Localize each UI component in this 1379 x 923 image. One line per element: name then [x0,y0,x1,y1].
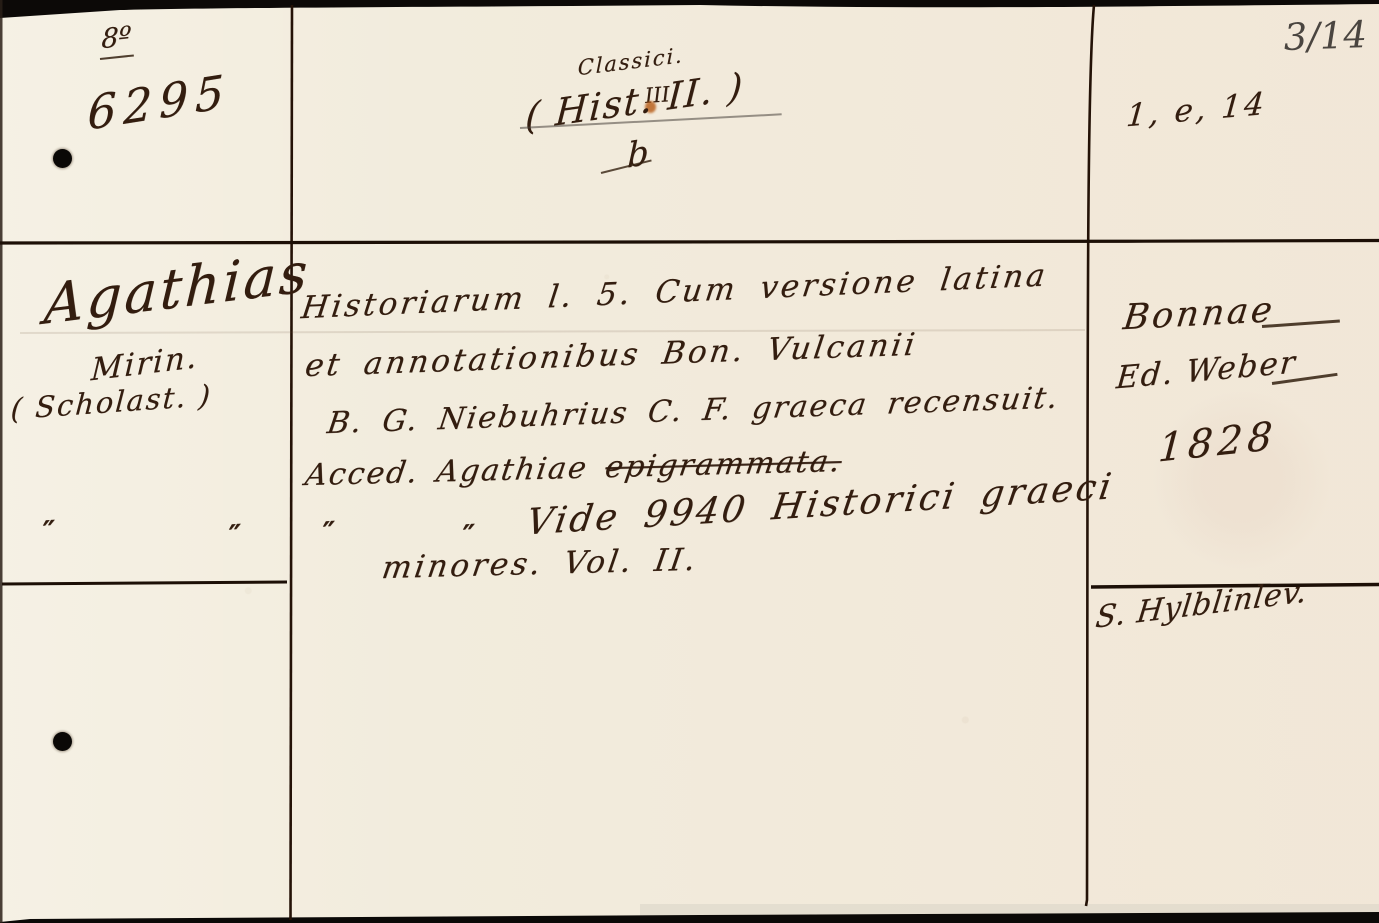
location-mark: 1, e, 14 [1125,86,1269,135]
punch-hole-bottom [53,732,72,751]
faint-guide-line [20,330,1085,333]
title-line-3: B. G. Niebuhrius C. F. graeca recensuit. [325,380,1062,441]
catalog-card: 8º 6295 Classici. III. ( Hist. II. ) b 3… [0,0,1379,923]
divider-horizontal-top [0,241,1379,244]
title-line-1: Historiarum l. 5. Cum versione latina [299,257,1050,326]
title-line-4-struck-word: epigrammata. [603,444,844,485]
ditto-title-1: ″ [322,515,338,549]
pencil-number: 3/14 [1283,13,1368,59]
classification-subclass: ( Hist. II. ) [524,64,746,139]
scan-edge-bottom [0,912,1379,923]
ditto-author-1: ″ [42,514,58,548]
author-name: Agathias [43,239,312,337]
title-line-4: Acced. Agathiae epigrammata. [303,444,845,493]
divider-vertical-left [291,5,293,920]
ditto-author-2: ″ [228,518,244,552]
shelfmark: 6295 [87,63,231,141]
author-qualifier: ( Scholast. ) [10,378,214,426]
title-line-2: et annotationibus Bon. Vulcanii [303,327,920,385]
punch-hole-top [53,149,72,168]
cataloger-signature: S. Hylblinlev. [1094,574,1310,636]
classification-subdivision: b [627,132,650,177]
divider-vertical-right [1086,5,1094,906]
imprint-place-flourish [1262,320,1340,328]
scan-edge-top [0,0,1379,18]
imprint-year: 1828 [1157,414,1279,472]
format-mark-underline [100,54,134,60]
rule-left-column [2,582,287,584]
imprint-publisher: Ed. Weber [1115,344,1298,396]
imprint-place: Bonnae [1121,290,1277,338]
format-mark: 8º [101,21,132,55]
cross-reference-line-2: minores. Vol. II. [380,542,701,586]
scan-shadow-bottom [640,904,1379,918]
scan-edge-left [0,0,3,923]
title-line-4-prefix: Acced. Agathiae [303,450,608,493]
